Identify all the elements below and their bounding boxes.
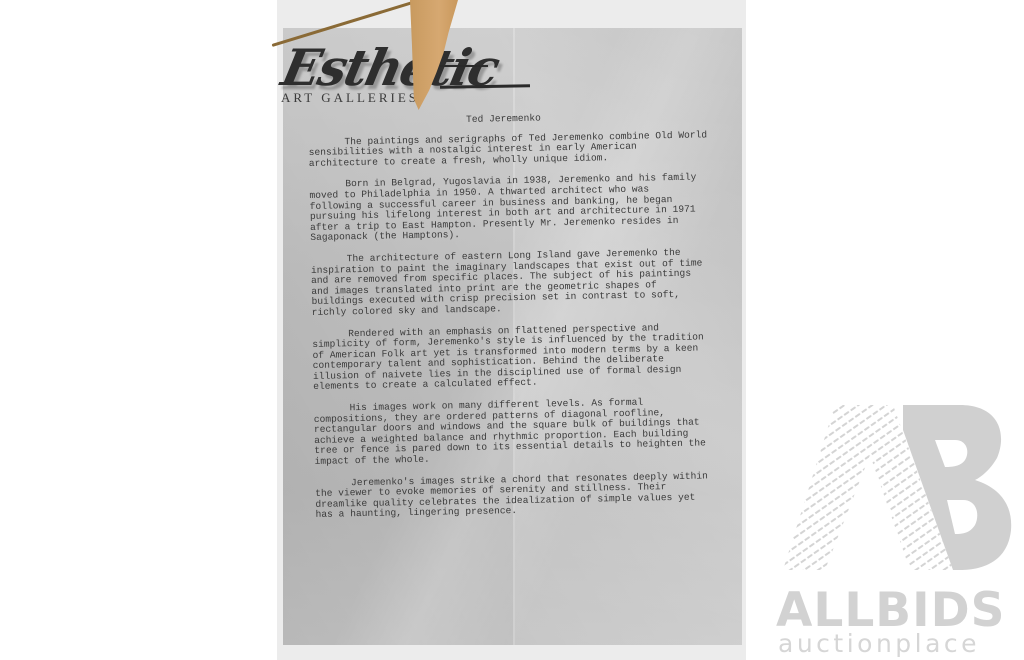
paragraph: Jeremenko's images strike a chord that r… <box>315 470 736 520</box>
paragraph: The paintings and serigraphs of Ted Jere… <box>308 130 729 170</box>
letterhead-subtitle: ART GALLERIES <box>281 90 419 106</box>
ab-fingerprint-logo-icon <box>775 400 1015 575</box>
paragraph: His images work on many different levels… <box>313 396 734 468</box>
paragraph: Rendered with an emphasis on flattened p… <box>312 321 733 393</box>
paragraph: The architecture of eastern Long Island … <box>311 247 732 319</box>
document-body: Ted Jeremenko The paintings and serigrap… <box>308 110 736 532</box>
letterhead-flourish <box>440 65 488 67</box>
watermark-tagline: auctionplace <box>778 629 980 658</box>
paragraph: Born in Belgrad, Yugoslavia in 1938, Jer… <box>309 172 730 244</box>
